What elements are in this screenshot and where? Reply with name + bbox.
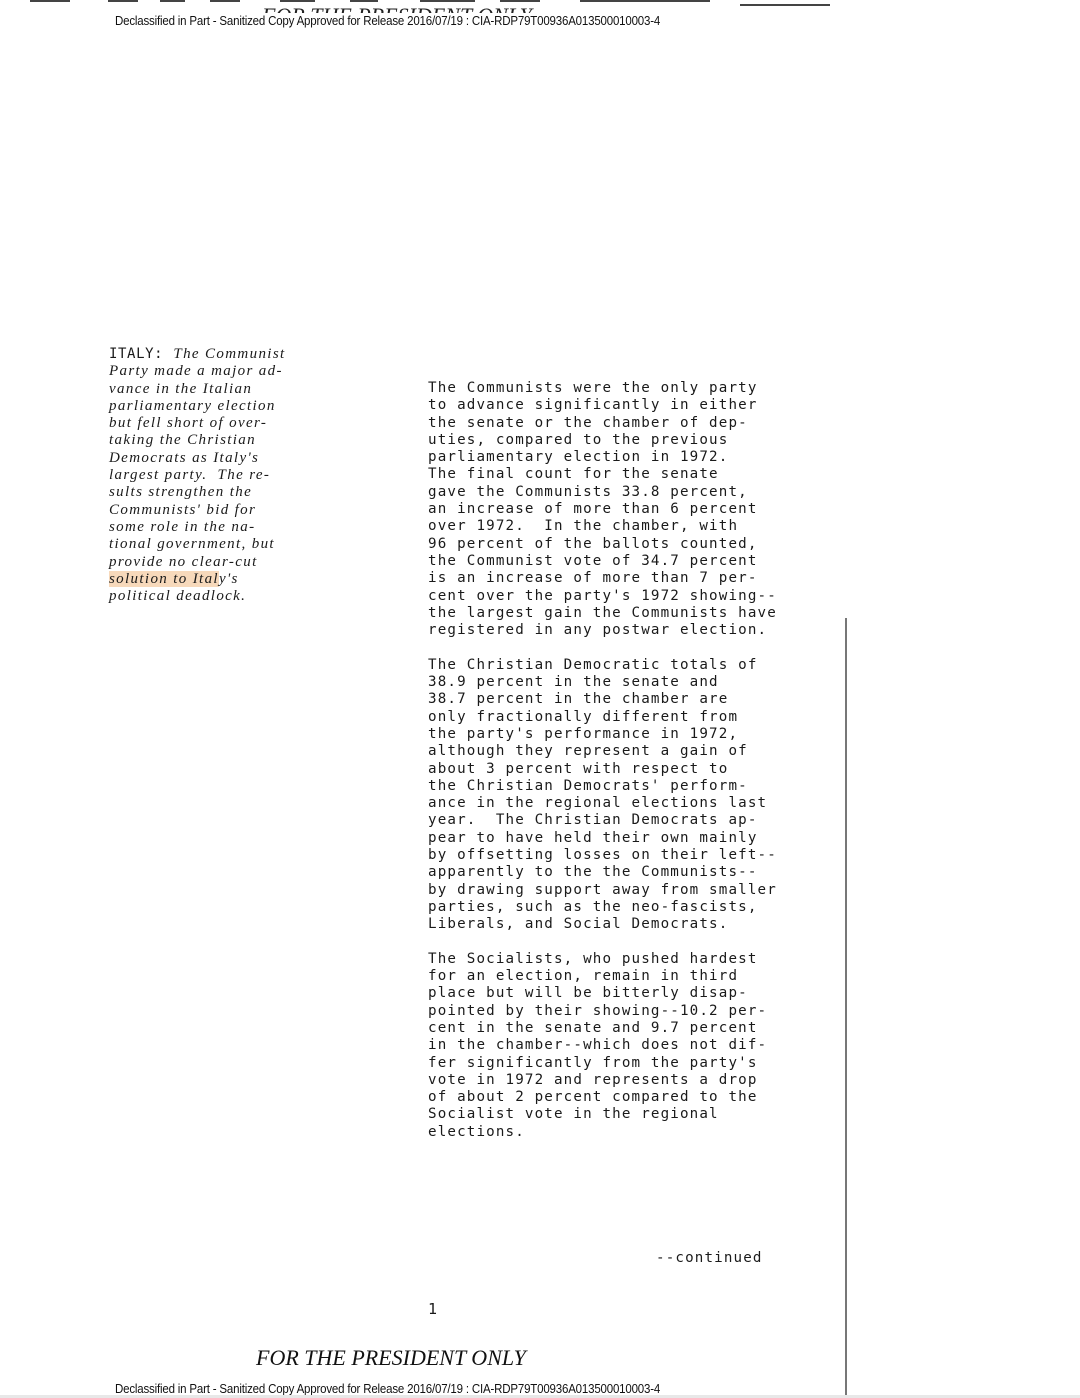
summary-line: political deadlock. [109, 588, 359, 605]
paragraph-communists: The Communists were the only partyto adv… [428, 380, 828, 639]
header-classification-cut: FOR THE PRESIDENT ONLY [262, 3, 562, 13]
summary-line: taking the Christian [109, 432, 359, 449]
sidebar-summary: ITALY: The Communist Party made a major … [109, 346, 359, 605]
paragraph-line: Socialist vote in the regional [428, 1106, 828, 1123]
paragraph-line: cent over the party's 1972 showing-- [428, 588, 828, 605]
paragraph-line: The Christian Democratic totals of [428, 657, 828, 674]
footer-classification: FOR THE PRESIDENT ONLY [256, 1345, 526, 1371]
declassification-notice-top: Declassified in Part - Sanitized Copy Ap… [115, 14, 660, 28]
summary-line: vance in the Italian [109, 381, 359, 398]
paragraph-line: to advance significantly in either [428, 397, 828, 414]
summary-line: provide no clear-cut [109, 554, 359, 571]
paragraph-line: pointed by their showing--10.2 per- [428, 1003, 828, 1020]
paragraph-line: pear to have held their own mainly [428, 830, 828, 847]
paragraph-line: for an election, remain in third [428, 968, 828, 985]
paragraph-christian-democrats: The Christian Democratic totals of38.9 p… [428, 657, 828, 934]
summary-line-tail: y's [219, 571, 239, 587]
country-label: ITALY: [109, 346, 163, 362]
paragraph-line: the party's performance in 1972, [428, 726, 828, 743]
paragraph-line: 38.9 percent in the senate and [428, 674, 828, 691]
paragraph-line: The Communists were the only party [428, 380, 828, 397]
summary-line: tional government, but [109, 536, 359, 553]
paragraph-line: only fractionally different from [428, 709, 828, 726]
paragraph-line: by offsetting losses on their left-- [428, 847, 828, 864]
summary-line: but fell short of over- [109, 415, 359, 432]
summary-line: parliamentary election [109, 398, 359, 415]
summary-line: sults strengthen the [109, 484, 359, 501]
paragraph-line: fer significantly from the party's [428, 1055, 828, 1072]
paragraph-line: the senate or the chamber of dep- [428, 415, 828, 432]
summary-line: largest party. The re- [109, 467, 359, 484]
paragraph-line: Liberals, and Social Democrats. [428, 916, 828, 933]
paragraph-line: registered in any postwar election. [428, 622, 828, 639]
paragraph-line: ance in the regional elections last [428, 795, 828, 812]
paragraph-line: although they represent a gain of [428, 743, 828, 760]
paragraph-line: by drawing support away from smaller [428, 882, 828, 899]
paragraph-line: in the chamber--which does not dif- [428, 1037, 828, 1054]
continued-marker: --continued [656, 1250, 763, 1266]
summary-line: The Communist [173, 346, 285, 362]
paragraph-line: cent in the senate and 9.7 percent [428, 1020, 828, 1037]
paragraph-line: elections. [428, 1124, 828, 1141]
paragraph-line: The Socialists, who pushed hardest [428, 951, 828, 968]
paragraph-line: uties, compared to the previous [428, 432, 828, 449]
paragraph-line: is an increase of more than 7 per- [428, 570, 828, 587]
paragraph-line: year. The Christian Democrats ap- [428, 812, 828, 829]
declassification-notice-bottom: Declassified in Part - Sanitized Copy Ap… [115, 1382, 660, 1396]
paragraph-line: the largest gain the Communists have [428, 605, 828, 622]
paragraph-line: of about 2 percent compared to the [428, 1089, 828, 1106]
paragraph-line: vote in 1972 and represents a drop [428, 1072, 828, 1089]
summary-line: Party made a major ad- [109, 363, 359, 380]
paragraph-line: gave the Communists 33.8 percent, [428, 484, 828, 501]
paragraph-line: the Christian Democrats' perform- [428, 778, 828, 795]
paragraph-line: 38.7 percent in the chamber are [428, 691, 828, 708]
summary-line: some role in the na- [109, 519, 359, 536]
paragraph-socialists: The Socialists, who pushed hardestfor an… [428, 951, 828, 1141]
paragraph-line: 96 percent of the ballots counted, [428, 536, 828, 553]
paragraph-line: The final count for the senate [428, 466, 828, 483]
paragraph-line: place but will be bitterly disap- [428, 985, 828, 1002]
paragraph-line: over 1972. In the chamber, with [428, 518, 828, 535]
paragraph-line: an increase of more than 6 percent [428, 501, 828, 518]
highlighted-text[interactable]: solution to Ital [109, 571, 219, 587]
paragraph-line: the Communist vote of 34.7 percent [428, 553, 828, 570]
main-article: The Communists were the only partyto adv… [428, 380, 828, 1158]
paragraph-line: apparently to the the Communists-- [428, 864, 828, 881]
summary-line: Democrats as Italy's [109, 450, 359, 467]
page-number: 1 [428, 1300, 437, 1318]
right-margin-rule [845, 618, 847, 1398]
paragraph-line: about 3 percent with respect to [428, 761, 828, 778]
paragraph-line: parliamentary election in 1972. [428, 449, 828, 466]
summary-line: Communists' bid for [109, 502, 359, 519]
paragraph-line: parties, such as the neo-fascists, [428, 899, 828, 916]
